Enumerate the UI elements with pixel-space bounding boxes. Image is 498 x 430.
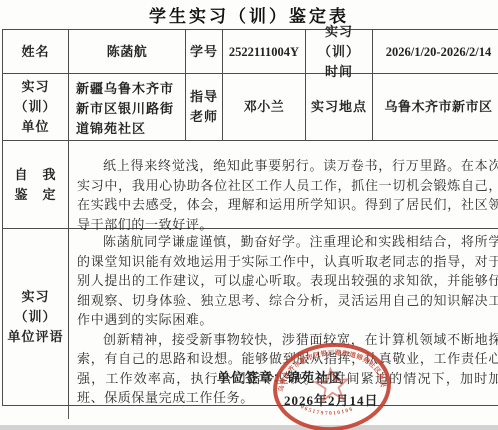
official-seal-stamp: 乌鲁木齐市新市区银川路街道锦苑社区居民委员会 0651797010106 [269, 341, 395, 430]
form-table: 姓名 陈菡航 学号 2522111004Y 实习（训） 时间 2026/1/20… [2, 29, 498, 406]
scan-edge-strip [0, 425, 498, 430]
name-label: 姓名 [3, 30, 69, 74]
svg-text:0651797010106: 0651797010106 [299, 400, 355, 420]
self-appraisal-text: 纸上得来终觉浅，绝知此事要躬行。读万卷书，行万里路。在本次实习中，我用心协助各位… [69, 156, 498, 234]
appraisal-form: 学生实习（训）鉴定表 姓名 陈菡航 学号 2522111004Y 实习（训） 时… [0, 0, 498, 430]
seal-arc-text: 乌鲁木齐市新市区银川路街道锦苑社区居民委员会 [269, 341, 388, 398]
name-value: 陈菡航 [69, 30, 186, 74]
advisor-label: 指导 老师 [186, 74, 223, 141]
scan-line-artifact [68, 406, 69, 419]
period-value: 2026/1/20-2026/2/14 [373, 30, 498, 74]
seal-star-icon [314, 368, 349, 402]
location-label: 实习地点 [306, 74, 373, 141]
unit-comment-paragraph-1: 陈菡航同学谦虚谨慎，勤奋好学。注重理论和实践相结合，将所学的课堂知识能有效地运用… [69, 232, 498, 330]
student-id-value: 2522111004Y [223, 30, 306, 74]
period-label: 实习（训） 时间 [306, 30, 373, 74]
seal-serial: 0651797010106 [299, 400, 355, 420]
unit-label: 实习（训） 单位 [3, 74, 69, 141]
location-value: 乌鲁木齐市新市区 [373, 74, 498, 141]
self-appraisal-label: 自 我 鉴 定 [3, 141, 69, 229]
unit-value: 新疆乌鲁木齐市新市区银川路街道锦苑社区 [69, 76, 185, 139]
svg-text:乌鲁木齐市新市区银川路街道锦苑社区居民委员会: 乌鲁木齐市新市区银川路街道锦苑社区居民委员会 [269, 341, 388, 398]
advisor-value: 邓小兰 [223, 74, 306, 141]
form-title: 学生实习（训）鉴定表 [0, 2, 498, 27]
self-appraisal-cell: 纸上得来终觉浅，绝知此事要躬行。读万卷书，行万里路。在本次实习中，我用心协助各位… [69, 141, 498, 229]
student-id-label: 学号 [186, 30, 223, 74]
unit-comment-label: 实习（训） 单位评语 [3, 229, 69, 406]
